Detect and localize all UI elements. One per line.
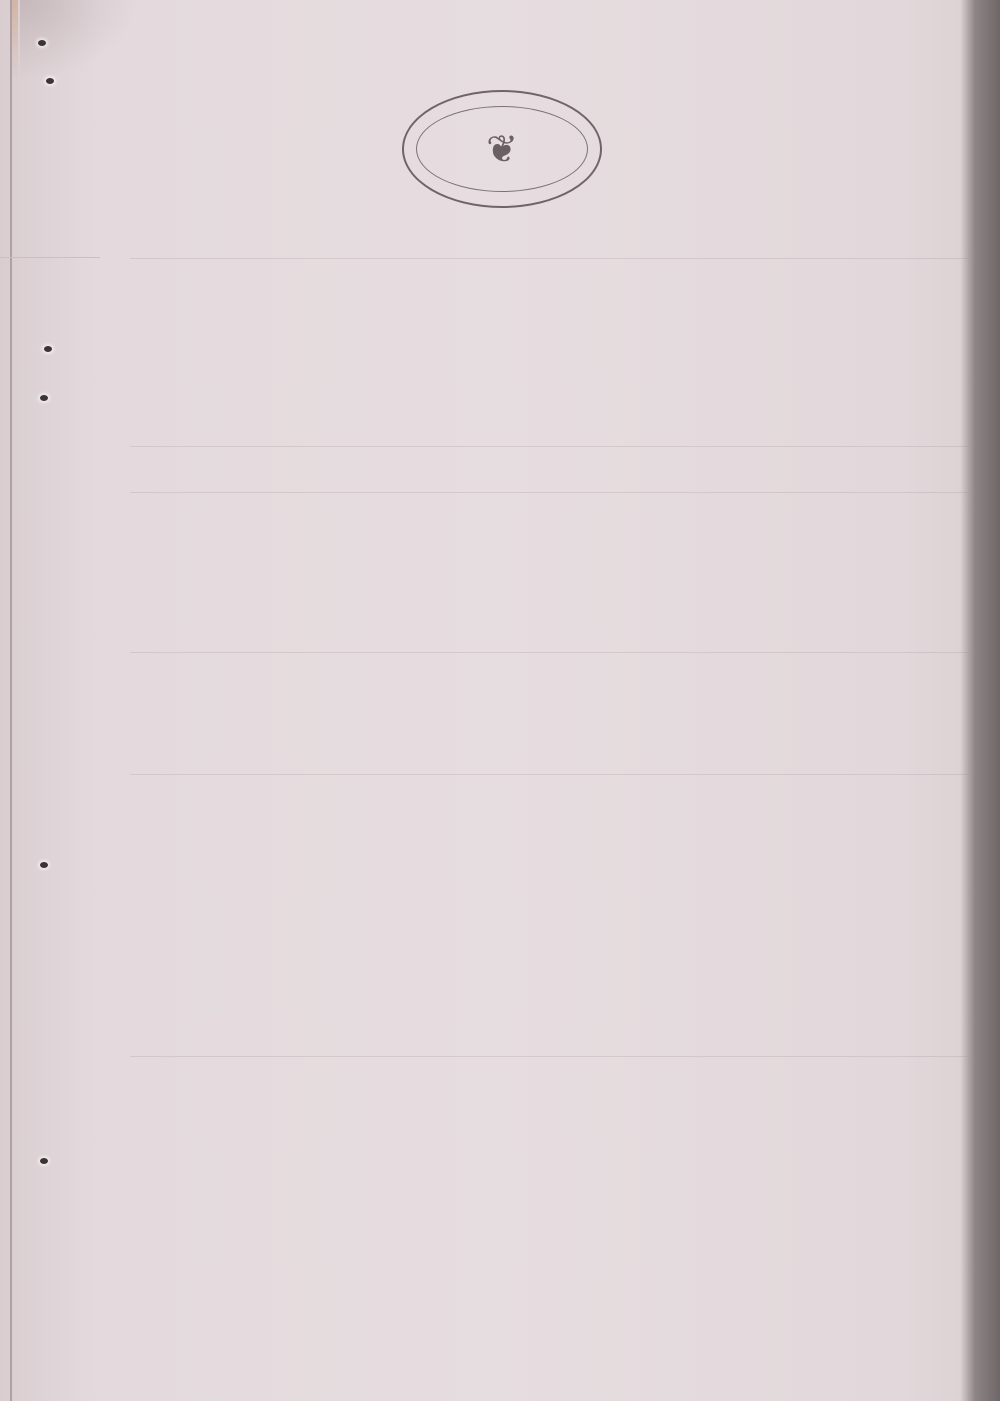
ruled-line: [130, 258, 970, 259]
binding-edge: [10, 0, 12, 1401]
ruled-line: [130, 492, 970, 493]
eagle-emblem-icon: ❦: [486, 130, 518, 168]
fold-crease: [0, 257, 100, 258]
binding-hole-icon: [46, 78, 54, 84]
ruled-line: [130, 1056, 970, 1057]
ruled-line: [130, 446, 970, 447]
binding-hole-icon: [44, 346, 52, 352]
binding-hole-icon: [40, 395, 48, 401]
page-corner-shadow: [20, 0, 140, 80]
administration-seal: ❦: [402, 90, 602, 208]
binding-hole-icon: [40, 862, 48, 868]
ruled-line: [130, 774, 970, 775]
ruled-line: [130, 652, 970, 653]
edge-stain: [12, 0, 18, 80]
document-page: ❦: [0, 0, 1000, 1401]
binding-hole-icon: [38, 40, 46, 46]
binding-hole-icon: [40, 1158, 48, 1164]
